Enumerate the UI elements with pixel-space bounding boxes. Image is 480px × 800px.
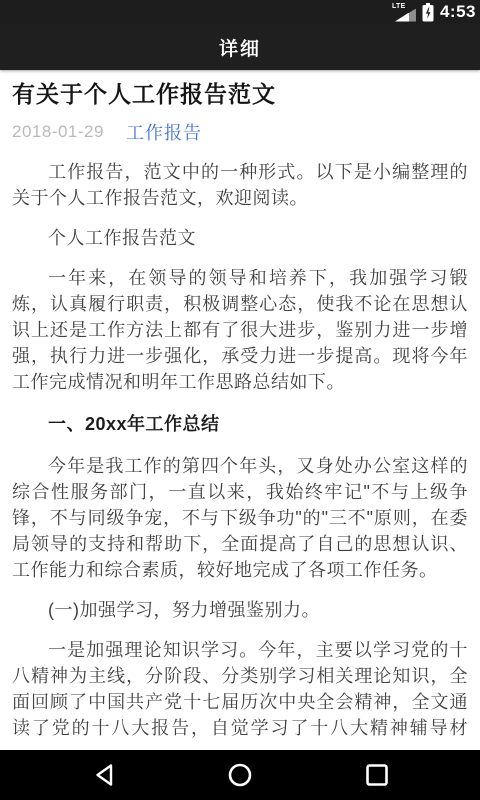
category-link[interactable]: 工作报告 [126, 119, 202, 145]
android-nav-bar [0, 750, 480, 800]
status-clock: 4:53 [440, 2, 476, 22]
back-icon[interactable] [92, 762, 118, 788]
article-paragraph: 个人工作报告范文 [12, 225, 468, 251]
article-scroll-area[interactable]: 有关于个人工作报告范文 2018-01-29 工作报告 工作报告，范文中的一种形… [0, 70, 480, 750]
section-heading: 一、20xx年工作总结 [12, 411, 468, 437]
network-type-label: LTE [392, 3, 406, 10]
battery-charging-icon [422, 3, 434, 22]
phone-screen: LTE 4:53 详细 有关于个人工作报告范文 2018-01-29 工作报告 … [0, 0, 480, 800]
page-title: 详细 [219, 34, 261, 61]
article-body: 工作报告，范文中的一种形式。以下是小编整理的关于个人工作报告范文，欢迎阅读。个人… [12, 159, 468, 741]
article-paragraph: 工作报告，范文中的一种形式。以下是小编整理的关于个人工作报告范文，欢迎阅读。 [12, 159, 468, 211]
article-paragraph: 一年来，在领导的领导和培养下，我加强学习锻炼，认真履行职责，积极调整心态，使我不… [12, 265, 468, 395]
signal-triangle-icon: LTE [392, 3, 416, 22]
recents-icon[interactable] [364, 762, 390, 788]
status-icons: LTE 4:53 [392, 0, 476, 24]
home-icon[interactable] [227, 762, 253, 788]
article-paragraph: 今年是我工作的第四个年头，又身处办公室这样的综合性服务部门，一直以来，我始终牢记… [12, 453, 468, 583]
article-title: 有关于个人工作报告范文 [12, 78, 468, 110]
article-paragraph: (一)加强学习，努力增强鉴别力。 [12, 597, 468, 623]
status-bar: LTE 4:53 [0, 0, 480, 24]
app-bar: 详细 [0, 24, 480, 70]
article-date: 2018-01-29 [12, 122, 104, 142]
article-paragraph: 一是加强理论知识学习。今年，主要以学习党的十八精神为主线，分阶段、分类别学习相关… [12, 637, 468, 741]
article-meta: 2018-01-29 工作报告 [12, 119, 468, 145]
